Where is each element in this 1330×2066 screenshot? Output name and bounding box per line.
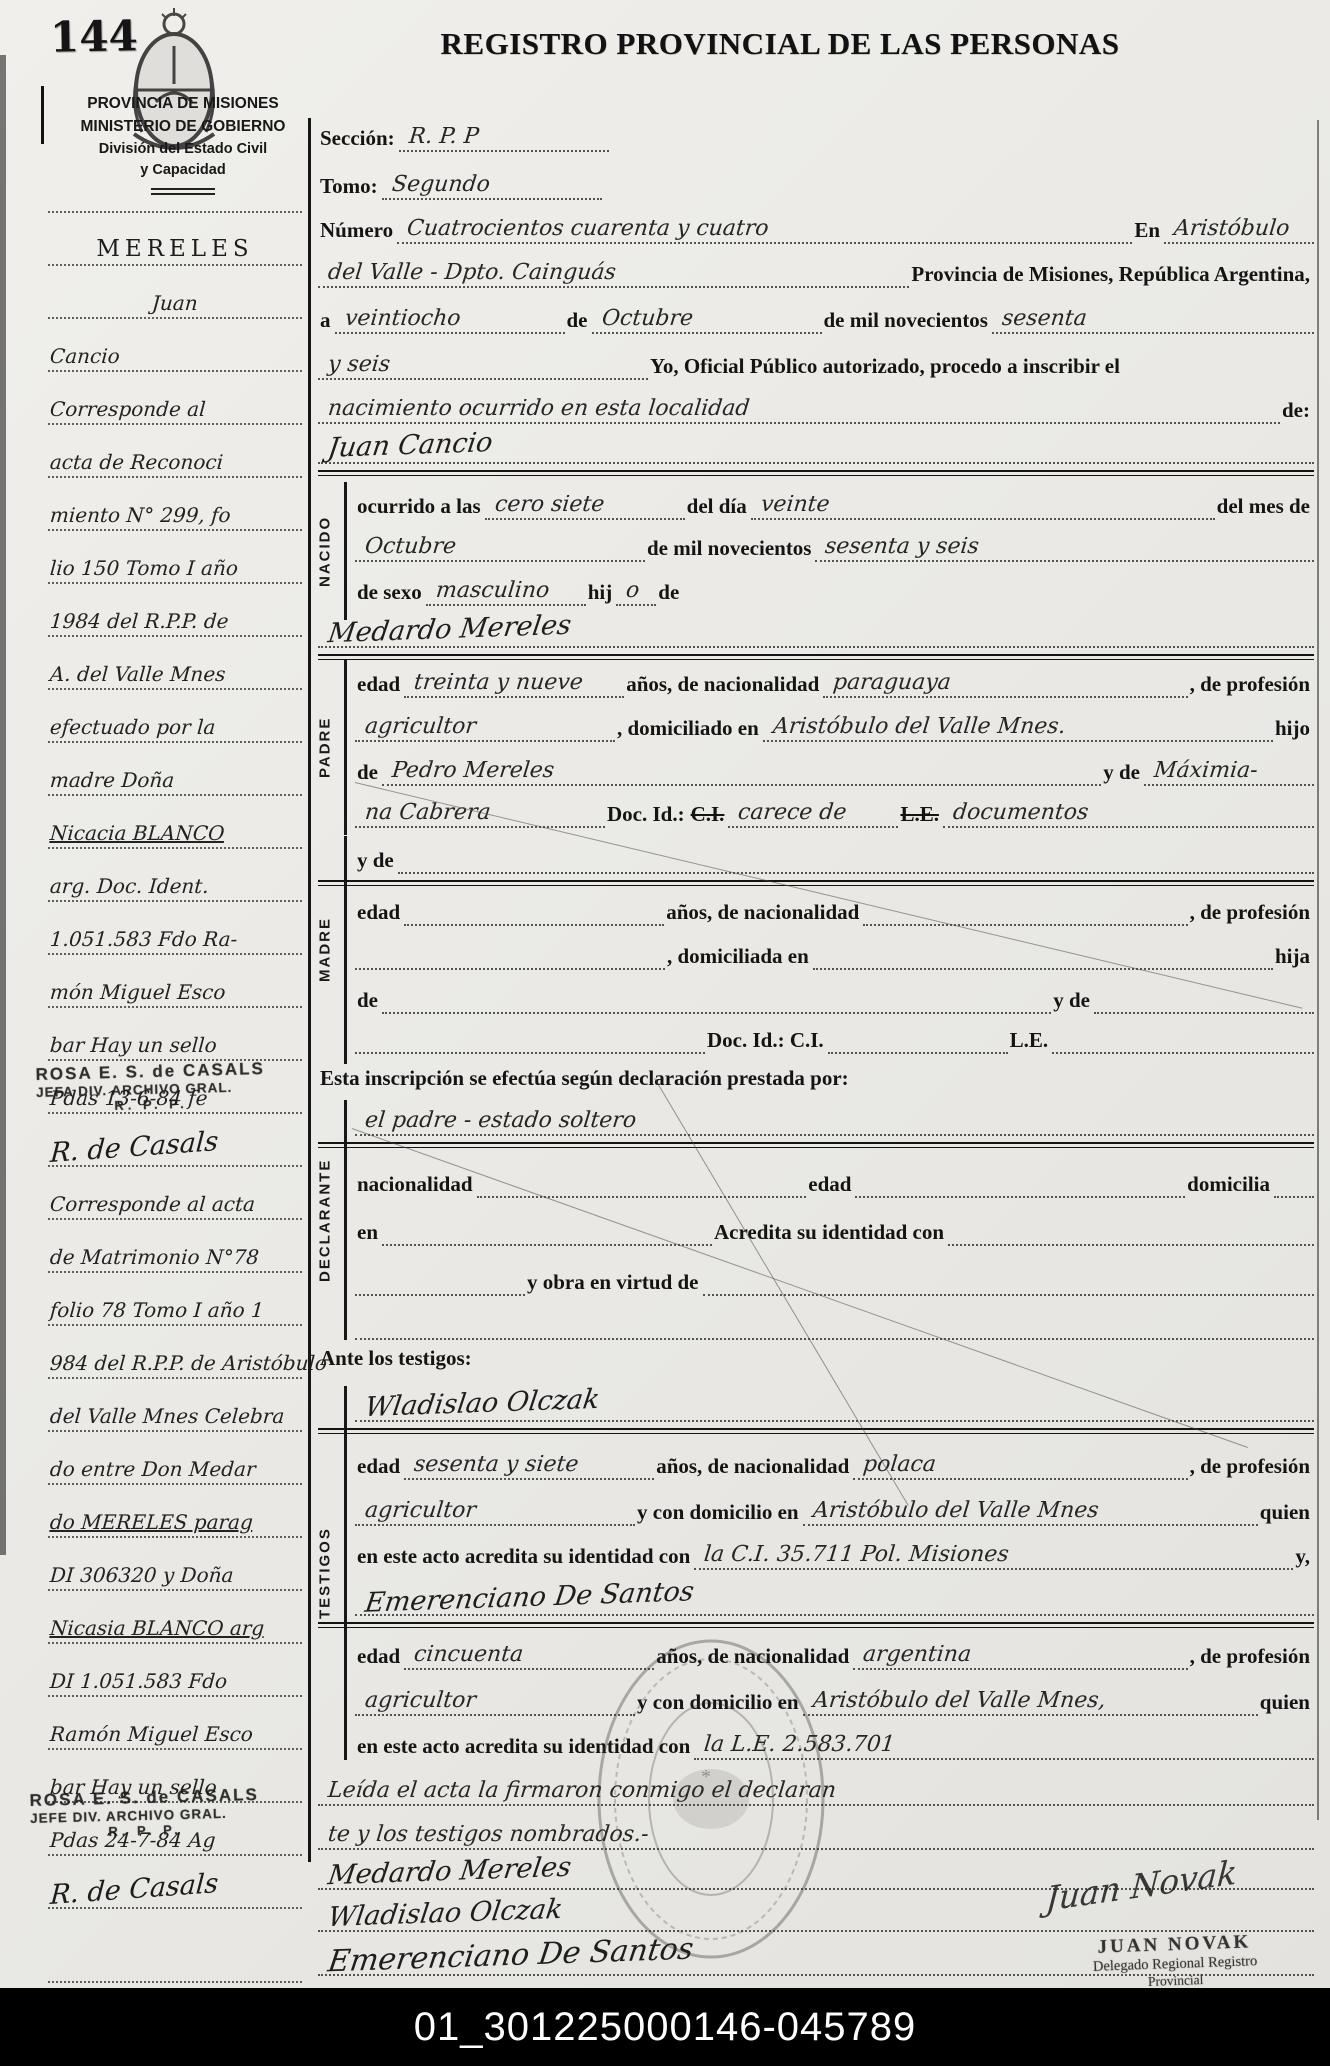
field-label-le-struck: L.E. <box>898 802 943 828</box>
row-tomo: Tomo: Segundo <box>318 166 1314 200</box>
field-blank <box>355 1294 525 1296</box>
scan-mark <box>41 86 44 144</box>
field-blank: la L.E. 2.583.701 <box>694 1732 1314 1760</box>
section-bracket <box>344 836 347 1064</box>
field-label: y de <box>1101 760 1144 786</box>
field-value: carece de <box>727 800 854 826</box>
field-blank <box>404 924 664 926</box>
field-value: veintiocho <box>333 306 467 332</box>
margin-text: DI 306320 y Doña <box>49 1563 234 1587</box>
section-bracket <box>344 1100 347 1340</box>
margin-line: do MERELES parag <box>48 1485 302 1538</box>
field-value: polaca <box>852 1452 944 1478</box>
field-blank: Wladislao Olczak <box>355 1388 1314 1422</box>
field-value: Pedro Mereles <box>381 758 562 784</box>
margin-line: DI 1.051.583 Fdo <box>48 1644 302 1697</box>
field-blank: Octubre <box>592 306 822 334</box>
margin-line: Juan <box>48 266 302 319</box>
field-blank: argentina <box>853 1642 1187 1670</box>
field-value: del Valle - Dpto. Cainguás <box>317 260 624 286</box>
field-blank: nacimiento ocurrido en esta localidad <box>318 396 1280 424</box>
field-value: Aristóbulo <box>1163 216 1297 242</box>
margin-line: folio 78 Tomo I año 1 <box>48 1273 302 1326</box>
field-label: del mes de <box>1215 494 1314 520</box>
row-declarante-identidad: en Acredita su identidad con <box>355 1212 1314 1246</box>
field-blank: Aristóbulo del Valle Mnes, <box>803 1688 1258 1716</box>
field-value: sesenta y siete <box>403 1452 586 1478</box>
field-blank: Wladislao Olczak <box>318 1898 1314 1932</box>
field-label: , domiciliado en <box>615 716 763 742</box>
section-bracket <box>344 1386 347 1760</box>
field-label: nacionalidad <box>355 1172 477 1198</box>
margin-line: efectuado por la <box>48 690 302 743</box>
field-blank: Emerenciano De Santos <box>355 1582 1314 1616</box>
field-label: quien <box>1258 1690 1314 1716</box>
section-label-nacido: NACIDO <box>312 482 338 620</box>
row-mes-nacimiento: Octubre de mil novecientos sesenta y sei… <box>355 528 1314 562</box>
field-label: y con domicilio en <box>635 1500 803 1526</box>
casals-stamp-1: ROSA E. S. de CASALS JEFA DIV. ARCHIVO G… <box>35 1059 265 1115</box>
field-label: edad <box>355 900 404 926</box>
field-label: años, de nacionalidad <box>654 1454 853 1480</box>
margin-text: miento N° 299, fo <box>49 503 231 527</box>
field-blank: del Valle - Dpto. Cainguás <box>318 260 909 288</box>
margin-text: Nicasia BLANCO arg <box>49 1616 265 1640</box>
margin-text: Juan <box>151 291 198 315</box>
field-blank: el padre - estado soltero <box>355 1108 1314 1136</box>
field-label: de mil novecientos <box>645 536 815 562</box>
casals-signature: R. de Casals <box>49 1126 219 1169</box>
field-label: Provincia de Misiones, República Argenti… <box>909 262 1314 288</box>
field-blank <box>863 924 1187 926</box>
row-inscripto: Juan Cancio <box>318 430 1314 464</box>
field-blank <box>855 1196 1185 1198</box>
closing-text: te y los testigos nombrados.- <box>317 1822 656 1848</box>
field-label: de: <box>1280 398 1314 424</box>
margin-line: miento N° 299, fo <box>48 478 302 531</box>
field-label: , de profesión <box>1188 900 1314 926</box>
margin-text: efectuado por la <box>49 715 216 739</box>
margin-text: bar Hay un sello <box>49 1033 217 1057</box>
field-blank: Juan Cancio <box>318 430 1314 464</box>
field-blank: Máximia- <box>1144 758 1314 786</box>
field-label: años, de nacionalidad <box>624 672 823 698</box>
father-name: Medardo Mereles <box>316 609 579 650</box>
row-madre-docid: Doc. Id.: C.I. L.E. <box>355 1020 1314 1054</box>
margin-text: folio 78 Tomo I año 1 <box>49 1298 265 1322</box>
field-label: y obra en virtud de <box>525 1270 703 1296</box>
field-label: de <box>355 988 382 1014</box>
field-label: de <box>565 308 592 334</box>
field-value: documentos <box>942 800 1096 826</box>
field-value: cincuenta <box>403 1642 531 1668</box>
field-label: edad <box>806 1172 855 1198</box>
row-blank <box>355 1306 1314 1340</box>
row-abuelos-paternos: de Pedro Mereles y de Máximia- <box>355 752 1314 786</box>
margin-text: arg. Doc. Ident. <box>49 874 209 898</box>
field-blank: la C.I. 35.711 Pol. Misiones <box>694 1542 1293 1570</box>
field-blank <box>382 1244 712 1246</box>
margin-line: acta de Reconoci <box>48 425 302 478</box>
margin-text: do entre Don Medar <box>49 1457 256 1481</box>
field-value: o <box>615 578 647 604</box>
field-label: Doc. Id.: <box>605 802 689 828</box>
section-bracket <box>344 660 347 835</box>
margin-line: Ramón Miguel Esco <box>48 1697 302 1750</box>
field-value: Aristóbulo del Valle Mnes. <box>761 714 1072 740</box>
field-label: años, de nacionalidad <box>654 1644 853 1670</box>
registered-name: Juan Cancio <box>316 427 501 465</box>
field-blank: veinte <box>751 492 1215 520</box>
margin-text: do MERELES parag <box>49 1510 254 1534</box>
field-label: , domiciliada en <box>665 944 813 970</box>
margin-text: del Valle Mnes Celebra <box>49 1404 285 1428</box>
witness2-name: Emerenciano De Santos <box>353 1576 702 1620</box>
closing-text: Leída el acta la firmaron conmigo el dec… <box>317 1778 844 1804</box>
margin-line: A. del Valle Mnes <box>48 637 302 690</box>
field-label: , de profesión <box>1188 672 1314 698</box>
row-fecha: a veintiocho de Octubre de mil novecient… <box>318 300 1314 334</box>
margin-line: 984 del R.P.P. de Aristóbulo <box>48 1326 302 1379</box>
field-label: L.E. <box>1008 1028 1053 1054</box>
row-cierre1: Leída el acta la firmaron conmigo el dec… <box>318 1772 1314 1806</box>
margin-text: 1.051.583 Fdo Ra- <box>49 927 238 951</box>
field-blank: treinta y nueve <box>404 670 624 698</box>
margin-text: Corresponde al acta <box>49 1192 256 1216</box>
field-value: paraguaya <box>822 670 958 696</box>
field-blank: cero siete <box>485 492 685 520</box>
field-label: edad <box>355 672 404 698</box>
margin-line: Corresponde al acta <box>48 1167 302 1220</box>
field-blank <box>948 1244 1314 1246</box>
scanned-birth-record: 144 REGISTRO PROVINCIAL DE LAS PERSONAS … <box>0 0 1330 2066</box>
field-blank: veintiocho <box>335 306 565 334</box>
margin-line: Nicasia BLANCO arg <box>48 1591 302 1644</box>
field-blank: Segundo <box>382 172 602 200</box>
letterhead-line: MINISTERIO DE GOBIERNO <box>54 115 312 138</box>
field-value: veinte <box>749 492 836 518</box>
row-madre-domicilio: , domiciliada en hija <box>355 936 1314 970</box>
form-body: NACIDO PADRE MADRE DECLARANTE TESTIGOS S… <box>310 0 1322 2066</box>
row-declarante: el padre - estado soltero <box>355 1102 1314 1136</box>
field-label: en <box>355 1220 382 1246</box>
declarant-value: el padre - estado soltero <box>354 1108 644 1134</box>
margin-text: Ramón Miguel Esco <box>49 1722 254 1746</box>
field-label: y de <box>1051 988 1094 1014</box>
field-blank <box>1094 1012 1314 1014</box>
field-value: R. P. P <box>397 124 485 150</box>
field-blank: Aristóbulo del Valle Mnes <box>803 1498 1258 1526</box>
field-blank: sesenta y seis <box>815 534 1314 562</box>
right-margin-line <box>1317 120 1319 1820</box>
signature-medardo: Medardo Mereles <box>316 1851 579 1892</box>
field-label: años, de nacionalidad <box>664 900 863 926</box>
field-blank <box>477 1196 807 1198</box>
field-label: Ante los testigos: <box>318 1346 476 1372</box>
margin-text: Corresponde al <box>49 397 206 421</box>
field-blank: sesenta y siete <box>404 1452 654 1480</box>
field-blank: Cuatrocientos cuarenta y cuatro <box>397 216 1132 244</box>
margin-line: 1.051.583 Fdo Ra- <box>48 902 302 955</box>
field-value: Cuatrocientos cuarenta y cuatro <box>396 216 776 242</box>
margin-text: 984 del R.P.P. de Aristóbulo <box>49 1351 328 1375</box>
field-value: y seis <box>317 352 398 378</box>
field-label-ci-struck: C.I. <box>689 802 729 828</box>
row-padre-domicilio: agricultor , domiciliado en Aristóbulo d… <box>355 708 1314 742</box>
field-value: Octubre <box>590 306 700 332</box>
field-blank <box>355 1052 705 1054</box>
margin-line: MERELES <box>48 213 302 266</box>
field-blank: na Cabrera <box>355 800 605 828</box>
row-testigo2-doc: en este acto acredita su identidad con l… <box>355 1726 1314 1760</box>
field-label: a <box>318 308 335 334</box>
margin-text: de Matrimonio N°78 <box>49 1245 260 1269</box>
margin-line: Cancio <box>48 319 302 372</box>
margin-text: DI 1.051.583 Fdo <box>49 1669 228 1693</box>
row-testigo1-edad: edad sesenta y siete años, de nacionalid… <box>355 1446 1314 1480</box>
margin-line: bar Hay un sello <box>48 1008 302 1061</box>
field-label: del día <box>685 494 751 520</box>
margin-line: DI 306320 y Doña <box>48 1538 302 1591</box>
row-anio: y seis Yo, Oficial Público autorizado, p… <box>318 346 1314 380</box>
footer-code-bar: 01_301225000146-045789 <box>0 1988 1330 2066</box>
field-blank: agricultor <box>355 1688 635 1716</box>
heavy-rule <box>318 1622 1314 1628</box>
margin-text: món Miguel Esco <box>49 980 226 1004</box>
row-madre-yde: y de <box>355 840 1314 874</box>
field-label: Tomo: <box>318 174 382 200</box>
row-padre-docid: na Cabrera Doc. Id.: C.I. carece de L.E.… <box>355 794 1314 828</box>
field-label: de mil novecientos <box>822 308 992 334</box>
field-value: Aristóbulo del Valle Mnes <box>801 1498 1105 1524</box>
field-blank: y seis <box>318 352 648 380</box>
row-lugar: del Valle - Dpto. Cainguás Provincia de … <box>318 254 1314 288</box>
field-blank <box>703 1294 1314 1296</box>
field-value: Segundo <box>380 172 497 198</box>
row-testigo1-doc: en este acto acredita su identidad con l… <box>355 1536 1314 1570</box>
field-label: edad <box>355 1454 404 1480</box>
field-label: y con domicilio en <box>635 1690 803 1716</box>
row-abuelos-maternos: de y de <box>355 980 1314 1014</box>
field-blank: Aristóbulo <box>1164 216 1314 244</box>
margin-text: acta de Reconoci <box>49 450 224 474</box>
casals-signature: R. de Casals <box>49 1868 219 1911</box>
field-value: Máximia- <box>1143 758 1265 784</box>
field-value: sesenta <box>991 306 1094 332</box>
margin-text: 1984 del R.P.P. de <box>49 609 229 633</box>
heavy-rule <box>318 1428 1314 1434</box>
field-value: Octubre <box>354 534 464 560</box>
section-label-madre: MADRE <box>312 836 338 1064</box>
field-blank: te y los testigos nombrados.- <box>318 1822 1314 1850</box>
field-label: en este acto acredita su identidad con <box>355 1544 694 1570</box>
row-testigo1-domicilio: agricultor y con domicilio en Aristóbulo… <box>355 1492 1314 1526</box>
margin-line: 1984 del R.P.P. de <box>48 584 302 637</box>
row-cierre2: te y los testigos nombrados.- <box>318 1816 1314 1850</box>
margin-line: R. de Casals <box>48 1856 302 1909</box>
field-blank: documentos <box>943 800 1314 828</box>
field-value: cero siete <box>483 492 611 518</box>
field-blank: sesenta <box>992 306 1314 334</box>
heavy-rule <box>318 470 1314 476</box>
field-label: Yo, Oficial Público autorizado, procedo … <box>648 354 1124 380</box>
margin-line: madre Doña <box>48 743 302 796</box>
field-label: de sexo <box>355 580 426 606</box>
margin-text: lio 150 Tomo I año <box>49 556 239 580</box>
field-label: hijo <box>1273 716 1314 742</box>
field-blank: Leída el acta la firmaron conmigo el dec… <box>318 1778 1314 1806</box>
field-value: sesenta y seis <box>814 534 987 560</box>
margin-text: Nicacia BLANCO <box>49 821 225 845</box>
margin-line: de Matrimonio N°78 <box>48 1220 302 1273</box>
letterhead-line: PROVINCIA DE MISIONES <box>54 92 312 115</box>
row-testigo1-nombre: Wladislao Olczak <box>355 1388 1314 1422</box>
row-padre-edad: edad treinta y nueve años, de nacionalid… <box>355 664 1314 698</box>
field-blank: carece de <box>728 800 898 828</box>
margin-line <box>48 1909 302 1983</box>
field-blank: o <box>616 578 656 606</box>
field-blank: paraguaya <box>823 670 1187 698</box>
field-value: treinta y nueve <box>403 670 590 696</box>
field-value: agricultor <box>354 1688 484 1714</box>
field-blank: masculino <box>426 578 586 606</box>
row-declaracion-titulo: Esta inscripción se efectúa según declar… <box>318 1062 1314 1092</box>
field-label: quien <box>1258 1500 1314 1526</box>
field-value: na Cabrera <box>354 800 498 826</box>
row-padre-nombre: Medardo Mereles <box>318 614 1314 648</box>
field-blank: agricultor <box>355 714 615 742</box>
section-label-declarante: DECLARANTE <box>312 1100 338 1340</box>
field-blank <box>382 1012 1051 1014</box>
field-value: nacimiento ocurrido en esta localidad <box>317 396 757 422</box>
field-label: domicilia <box>1185 1172 1274 1198</box>
row-acto: nacimiento ocurrido en esta localidad de… <box>318 390 1314 424</box>
field-label: ocurrido a las <box>355 494 485 520</box>
field-blank: Pedro Mereles <box>382 758 1101 786</box>
field-label: Esta inscripción se efectúa según declar… <box>318 1066 853 1092</box>
field-label: de <box>656 580 683 606</box>
witness1-name: Wladislao Olczak <box>353 1384 608 1425</box>
field-blank: R. P. P <box>399 124 609 152</box>
archive-code: 01_301225000146-045789 <box>414 2005 917 2050</box>
row-numero: Número Cuatrocientos cuarenta y cuatro E… <box>318 210 1314 244</box>
row-testigos-titulo: Ante los testigos: <box>318 1342 1314 1372</box>
margin-line: món Miguel Esco <box>48 955 302 1008</box>
section-label-testigos: TESTIGOS <box>312 1386 338 1760</box>
field-label: , de profesión <box>1188 1454 1314 1480</box>
field-value: Aristóbulo del Valle Mnes, <box>801 1688 1112 1714</box>
field-value: la C.I. 35.711 Pol. Misiones <box>693 1542 1016 1568</box>
field-blank <box>355 1338 1314 1340</box>
section-label-padre: PADRE <box>312 660 338 835</box>
signature-olczak: Wladislao Olczak <box>316 1894 571 1935</box>
field-value: argentina <box>852 1642 979 1668</box>
field-value: agricultor <box>354 1498 484 1524</box>
row-sexo: de sexo masculino hij o de <box>355 572 1314 606</box>
field-label: Doc. Id.: C.I. <box>705 1028 828 1054</box>
margin-line: R. de Casals <box>48 1114 302 1167</box>
field-blank: agricultor <box>355 1498 635 1526</box>
row-testigo2-domicilio: agricultor y con domicilio en Aristóbulo… <box>355 1682 1314 1716</box>
letterhead-line: División del Estado Civil <box>54 139 312 161</box>
row-testigo2-nombre: Emerenciano De Santos <box>355 1582 1314 1616</box>
field-value: la L.E. 2.583.701 <box>693 1732 902 1758</box>
heavy-rule <box>318 1142 1314 1148</box>
field-label: , de profesión <box>1188 1644 1314 1670</box>
field-value: agricultor <box>354 714 484 740</box>
margin-text: A. del Valle Mnes <box>49 662 226 686</box>
margin-line: arg. Doc. Ident. <box>48 849 302 902</box>
field-value: masculino <box>424 578 556 604</box>
margin-line: do entre Don Medar <box>48 1432 302 1485</box>
field-blank: Octubre <box>355 534 645 562</box>
field-label: hij <box>586 580 617 606</box>
field-blank <box>1052 1052 1314 1054</box>
field-label: En <box>1132 218 1164 244</box>
heavy-rule <box>318 880 1314 886</box>
margin-line <box>48 160 302 213</box>
field-blank: cincuenta <box>404 1642 654 1670</box>
heavy-rule <box>318 654 1314 660</box>
field-blank <box>828 1052 1008 1054</box>
field-blank <box>355 968 665 970</box>
field-blank <box>398 872 1314 874</box>
field-label: y, <box>1293 1544 1314 1570</box>
field-label: Sección: <box>318 126 399 152</box>
row-hora: ocurrido a las cero siete del día veinte… <box>355 486 1314 520</box>
field-label: hija <box>1273 944 1314 970</box>
casals-stamp-2: ROSA E. S. de CASALS JEFE DIV. ARCHIVO G… <box>29 1785 259 1841</box>
novak-stamp: JUAN NOVAK Delegado Regional Registro Pr… <box>1034 1929 1316 1994</box>
margin-line: lio 150 Tomo I año <box>48 531 302 584</box>
row-seccion: Sección: R. P. P <box>318 118 1314 152</box>
field-label: y de <box>355 848 398 874</box>
row-firma-olczak: Wladislao Olczak <box>318 1898 1314 1932</box>
margin-surname: MERELES <box>96 236 253 262</box>
field-blank: Aristóbulo del Valle Mnes. <box>763 714 1273 742</box>
section-bracket <box>344 482 347 620</box>
field-blank: Medardo Mereles <box>318 614 1314 648</box>
field-label: en este acto acredita su identidad con <box>355 1734 694 1760</box>
scan-left-edge-shadow <box>0 55 6 1555</box>
margin-line: Corresponde al <box>48 372 302 425</box>
signature-desantos: Emerenciano De Santos <box>316 1931 702 1981</box>
margin-line: Nicacia BLANCO <box>48 796 302 849</box>
column-divider-line <box>308 118 311 1862</box>
margin-text: Cancio <box>49 344 120 368</box>
row-testigo2-edad: edad cincuenta años, de nacionalidad arg… <box>355 1636 1314 1670</box>
field-blank <box>813 968 1273 970</box>
field-blank: polaca <box>853 1452 1187 1480</box>
row-obra-virtud: y obra en virtud de <box>355 1262 1314 1296</box>
margin-text: madre Doña <box>49 768 175 792</box>
field-blank <box>1274 1196 1314 1198</box>
field-label: edad <box>355 1644 404 1670</box>
field-label: Número <box>318 218 397 244</box>
margin-line: del Valle Mnes Celebra <box>48 1379 302 1432</box>
